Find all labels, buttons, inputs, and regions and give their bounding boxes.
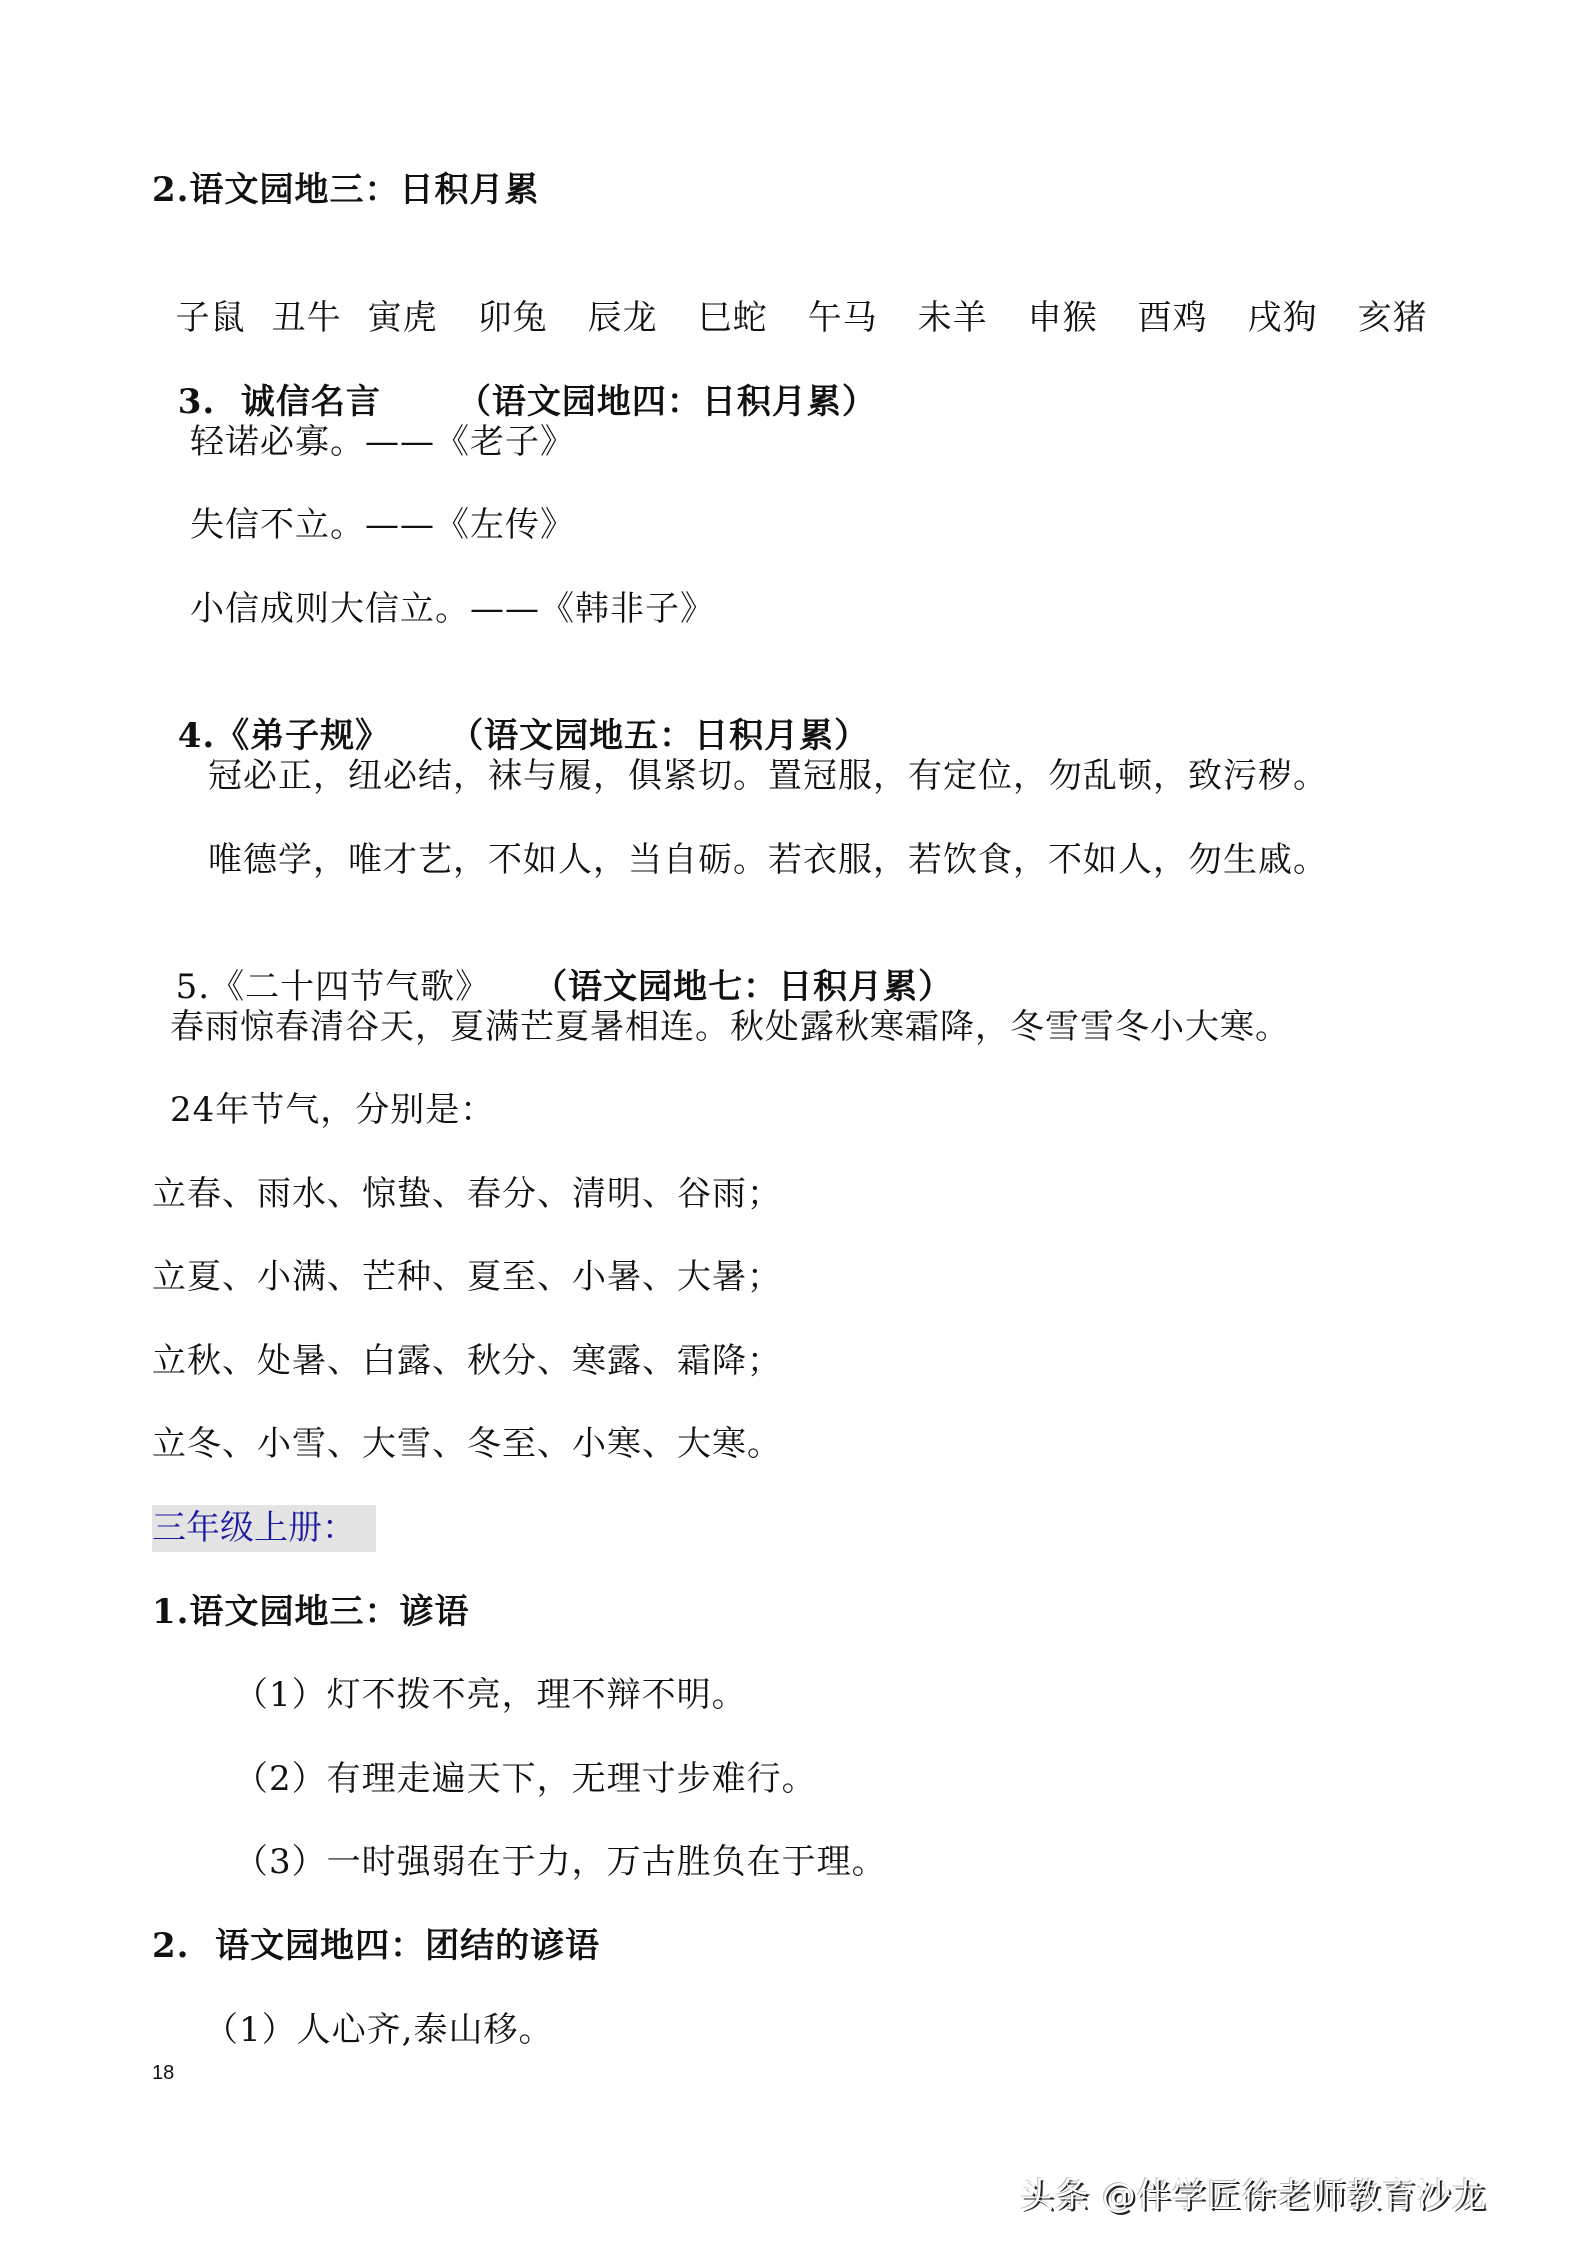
quote: 小信成则大信立。——《韩非子》 (190, 587, 715, 631)
section-heading: 5.《二十四节气歌》（语文园地七：日积月累） (152, 921, 953, 1009)
terms-line: 立春、雨水、惊蛰、春分、清明、谷雨； (152, 1172, 782, 1216)
section-heading: 4.《弟子规》（语文园地五：日积月累） (152, 670, 869, 758)
zodiac-item: 未羊 (918, 296, 988, 340)
heading-source: （语文园地四：日积月累） (457, 382, 877, 422)
zodiac-item: 巳蛇 (698, 296, 768, 340)
proverb: （2）有理走遍天下，无理寸步难行。 (234, 1757, 817, 1801)
zodiac-item: 子鼠 (176, 296, 246, 340)
zodiac-item: 酉鸡 (1138, 296, 1208, 340)
zodiac-item: 寅虎 (368, 296, 438, 340)
heading-source: （语文园地七：日积月累） (550, 967, 953, 1007)
zodiac-item: 亥猪 (1358, 296, 1428, 340)
grade-label: 三年级上册： (152, 1505, 376, 1552)
terms-line: 立夏、小满、芒种、夏至、小暑、大暑； (152, 1255, 782, 1299)
section-heading: 2. 语文园地四：团结的谚语 (152, 1924, 600, 1968)
proverb: （1）人心齐,泰山移。 (204, 2008, 553, 2052)
watermark: 头条 @伴学匠徐老师教育沙龙 (1020, 2168, 1487, 2217)
song-line: 春雨惊春清谷天，夏满芒夏暑相连。秋处露秋寒霜降，冬雪雪冬小大寒。 (170, 1005, 1290, 1049)
zodiac-item: 午马 (808, 296, 878, 340)
terms-line: 立冬、小雪、大雪、冬至、小寒、大寒。 (152, 1422, 782, 1466)
proverb: （1）灯不拨不亮，理不辩不明。 (234, 1673, 747, 1717)
heading-source: （语文园地五：日积月累） (466, 716, 869, 756)
zodiac-list: 子鼠丑牛寅虎卯兔辰龙巳蛇午马未羊申猴酉鸡戌狗亥猪 (152, 252, 1468, 340)
terms-line: 立秋、处暑、白露、秋分、寒露、霜降； (152, 1339, 782, 1383)
zodiac-item: 辰龙 (588, 296, 658, 340)
verse-line: 冠必正，纽必结，袜与履，俱紧切。置冠服，有定位，勿乱顿，致污秽。 (208, 754, 1328, 798)
heading-title: 4.《弟子规》 (178, 716, 391, 756)
proverb: （3）一时强弱在于力，万古胜负在于理。 (234, 1840, 887, 1884)
terms-intro: 24年节气，分别是： (170, 1088, 495, 1132)
quote: 轻诺必寡。——《老子》 (190, 420, 575, 464)
section-heading: 2.语文园地三：日积月累 (152, 168, 540, 212)
zodiac-item: 卯兔 (478, 296, 548, 340)
zodiac-item: 申猴 (1028, 296, 1098, 340)
heading-title: 3. 诚信名言 (178, 382, 381, 422)
zodiac-item: 戌狗 (1248, 296, 1318, 340)
verse-line: 唯德学，唯才艺，不如人，当自砺。若衣服，若饮食，不如人，勿生戚。 (208, 838, 1328, 882)
zodiac-item: 丑牛 (272, 296, 342, 340)
section-heading: 1.语文园地三：谚语 (152, 1590, 470, 1634)
heading-title: 5.《二十四节气歌》 (176, 967, 490, 1007)
page-number: 18 (152, 2062, 174, 2085)
quote: 失信不立。——《左传》 (190, 503, 575, 547)
section-heading: 3. 诚信名言（语文园地四：日积月累） (152, 336, 877, 424)
